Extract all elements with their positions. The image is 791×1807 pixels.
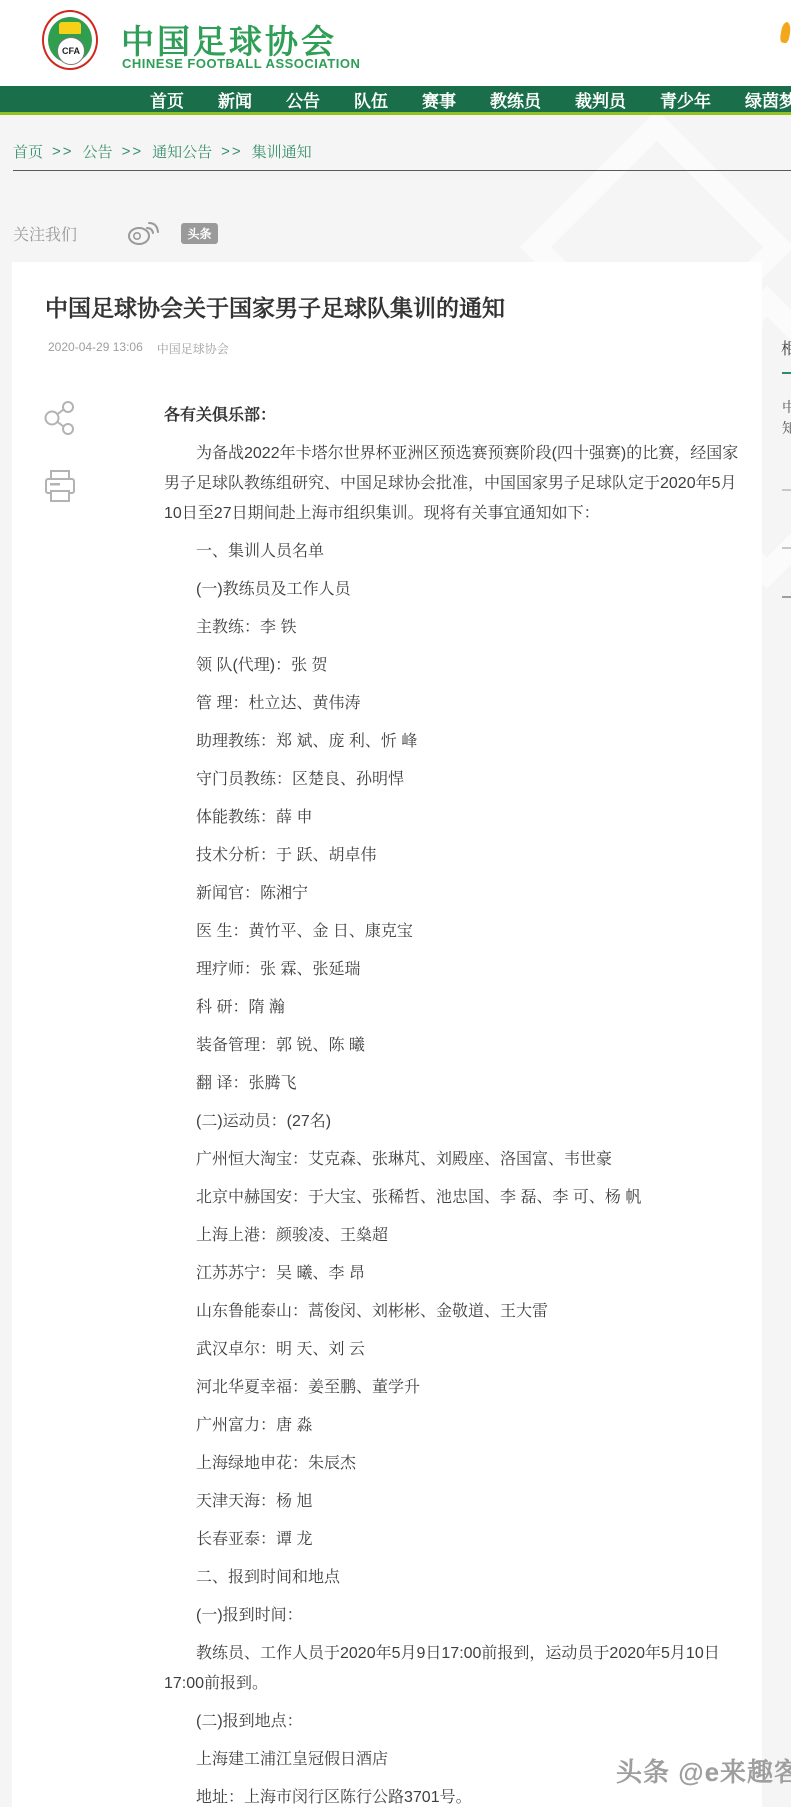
article-paragraph: 领 队(代理)：张 贺 xyxy=(164,651,748,681)
article-paragraph: 上海上港：颜骏凌、王燊超 xyxy=(164,1221,748,1251)
article-paragraph: 医 生：黄竹平、金 日、康克宝 xyxy=(164,917,748,947)
share-button[interactable] xyxy=(42,400,78,436)
article-paragraph: 守门员教练：区楚良、孙明悍 xyxy=(164,765,748,795)
sidebar-date-fragment xyxy=(782,489,791,491)
article-paragraph: (一)教练员及工作人员 xyxy=(164,575,748,605)
article-tools xyxy=(42,400,80,504)
article-paragraph: 一、集训人员名单 xyxy=(164,537,748,567)
sidebar-item-fragment[interactable]: 中 xyxy=(782,397,791,417)
sidebar-heading-fragment: 相 xyxy=(781,336,791,359)
article-paragraph: 二、报到时间和地点 xyxy=(164,1563,748,1593)
cfa-logo-icon[interactable]: CFA xyxy=(42,10,98,70)
breadcrumb-segment: 通知公告 >> xyxy=(152,141,252,162)
print-icon xyxy=(42,468,78,504)
follow-us-row: 关注我们 头条 xyxy=(13,220,218,246)
toutiao-watermark: 头条 @e来趣客 xyxy=(616,1752,791,1789)
nav-item[interactable]: 队伍 xyxy=(354,87,388,112)
article-paragraph: 翻 译：张腾飞 xyxy=(164,1069,748,1099)
weibo-icon[interactable] xyxy=(127,220,159,246)
breadcrumb-divider xyxy=(13,170,791,171)
article-paragraph: 河北华夏幸福：姜至鹏、董学升 xyxy=(164,1373,748,1403)
breadcrumb-segment: 集训通知 >> xyxy=(252,141,312,162)
article-date: 2020-04-29 13:06 xyxy=(48,340,143,357)
article-paragraph: 江苏苏宁：吴 曦、李 昂 xyxy=(164,1259,748,1289)
sidebar-date-fragment xyxy=(782,547,791,549)
follow-us-label: 关注我们 xyxy=(13,222,77,245)
article-paragraph: 助理教练：郑 斌、庞 利、忻 峰 xyxy=(164,727,748,757)
logo-football: CFA xyxy=(57,37,85,65)
toutiao-badge[interactable]: 头条 xyxy=(181,223,218,244)
share-icon xyxy=(43,400,77,436)
nav-item[interactable]: 公告 xyxy=(286,87,320,112)
breadcrumb-segment: 公告 >> xyxy=(83,141,153,162)
corner-flame-icon xyxy=(779,21,791,43)
site-title-english: CHINESE FOOTBALL ASSOCIATION xyxy=(122,56,360,71)
article-salutation: 各有关俱乐部： xyxy=(164,401,748,431)
article-paragraph: 山东鲁能泰山：蒿俊闵、刘彬彬、金敬道、王大雷 xyxy=(164,1297,748,1327)
article-paragraph: 天津天海：杨 旭 xyxy=(164,1487,748,1517)
sidebar-item-fragment[interactable]: 知 xyxy=(782,418,791,438)
article-paragraph: 科 研：隋 瀚 xyxy=(164,993,748,1023)
breadcrumb-separator: >> xyxy=(122,143,144,160)
article-paragraph: 装备管理：郭 锐、陈 曦 xyxy=(164,1031,748,1061)
article-paragraph: 新闻官：陈湘宁 xyxy=(164,879,748,909)
nav-item[interactable]: 青少年 xyxy=(660,87,711,112)
article-body: 各有关俱乐部： 为备战2022年卡塔尔世界杯亚洲区预选赛预赛阶段(四十强赛)的比… xyxy=(164,401,748,1807)
breadcrumb-separator: >> xyxy=(52,143,74,160)
article-paragraph: 上海绿地申花：朱辰杰 xyxy=(164,1449,748,1479)
article-paragraph: 管 理：杜立达、黄伟涛 xyxy=(164,689,748,719)
nav-item[interactable]: 裁判员 xyxy=(575,87,626,112)
article-paragraph: 为备战2022年卡塔尔世界杯亚洲区预选赛预赛阶段(四十强赛)的比赛，经国家男子足… xyxy=(164,439,748,529)
sidebar-heading-underline xyxy=(782,372,791,374)
article-paragraphs: 为备战2022年卡塔尔世界杯亚洲区预选赛预赛阶段(四十强赛)的比赛，经国家男子足… xyxy=(164,439,748,1807)
breadcrumb: 首页 >> 公告 >> 通知公告 >> 集训通知 >> xyxy=(13,141,312,162)
breadcrumb-link[interactable]: 公告 xyxy=(83,141,113,162)
article-paragraph: 教练员、工作人员于2020年5月9日17:00前报到，运动员于2020年5月10… xyxy=(164,1639,748,1699)
nav-item[interactable]: 赛事 xyxy=(422,87,456,112)
nav-item[interactable]: 绿茵梦 xyxy=(745,87,791,112)
article-paragraph: 理疗师：张 霖、张延瑞 xyxy=(164,955,748,985)
breadcrumb-separator: >> xyxy=(221,143,243,160)
article-paragraph: 体能教练：薛 申 xyxy=(164,803,748,833)
breadcrumb-segment: 首页 >> xyxy=(13,141,83,162)
article-paragraph: 广州恒大淘宝：艾克森、张琳芃、刘殿座、洛国富、韦世豪 xyxy=(164,1145,748,1175)
nav-item[interactable]: 首页 xyxy=(150,87,184,112)
breadcrumb-link[interactable]: 集训通知 xyxy=(252,141,312,162)
article-meta: 2020-04-29 13:06 中国足球协会 xyxy=(48,340,762,357)
article-paragraph: 北京中赫国安：于大宝、张稀哲、池忠国、李 磊、李 可、杨 帆 xyxy=(164,1183,748,1213)
sidebar-item-fragment xyxy=(782,596,791,598)
article-card: 中国足球协会关于国家男子足球队集训的通知 2020-04-29 13:06 中国… xyxy=(12,262,762,1807)
article-paragraph: 主教练：李 铁 xyxy=(164,613,748,643)
nav-item[interactable]: 教练员 xyxy=(490,87,541,112)
article-paragraph: 长春亚泰：谭 龙 xyxy=(164,1525,748,1555)
breadcrumb-link[interactable]: 首页 xyxy=(13,141,43,162)
breadcrumb-link[interactable]: 通知公告 xyxy=(152,141,212,162)
article-paragraph: 广州富力：唐 淼 xyxy=(164,1411,748,1441)
article-paragraph: (二)运动员：(27名) xyxy=(164,1107,748,1137)
article-paragraph: (二)报到地点： xyxy=(164,1707,748,1737)
article-paragraph: 技术分析：于 跃、胡卓伟 xyxy=(164,841,748,871)
nav-item[interactable]: 新闻 xyxy=(218,87,252,112)
article-source: 中国足球协会 xyxy=(157,340,229,357)
logo-arch xyxy=(59,22,81,31)
article-paragraph: 武汉卓尔：明 天、刘 云 xyxy=(164,1335,748,1365)
print-button[interactable] xyxy=(42,468,78,504)
article-paragraph: (一)报到时间： xyxy=(164,1601,748,1631)
article-title: 中国足球协会关于国家男子足球队集训的通知 xyxy=(45,292,742,324)
site-header: CFA 中国足球协会 CHINESE FOOTBALL ASSOCIATION xyxy=(0,0,791,86)
main-navbar: 首页 新闻 公告 队伍 赛事 教练员 裁判员 青少年 绿茵梦 xyxy=(0,86,791,115)
